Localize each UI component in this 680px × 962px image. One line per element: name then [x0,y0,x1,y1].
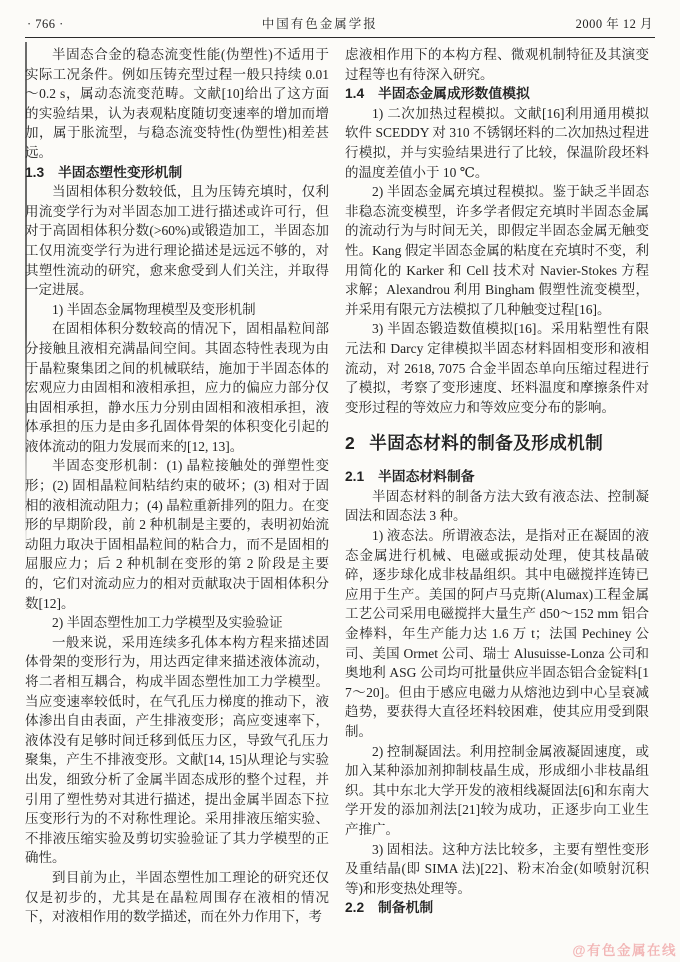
journal-page: · 766 · 中国有色金属学报 2000 年 12 月 半固态合金的稳态流变性… [0,0,680,962]
section-title: 半固态材料的制备及形成机制 [369,433,603,453]
paragraph: 半固态合金的稳态流变性能(伪塑性)不适用于实际工况条件。例如压铸充型过程一般只持… [25,45,329,163]
page-number: · 766 · [27,17,64,32]
section-heading-2: 2半固态材料的制备及形成机制 [345,432,649,454]
issue-date: 2000 年 12 月 [576,14,653,32]
journal-title: 中国有色金属学报 [262,14,378,32]
section-heading-2-1: 2.1 半固态材料制备 [345,467,649,487]
paragraph: 一般来说，采用连续多孔体本构方程来描述固体骨架的变形行为，用达西定律来描述液体流… [25,633,329,868]
paragraph: 2) 控制凝固法。利用控制金属液凝固速度，或加入某种添加剂抑制枝晶生成，形成细小… [345,742,649,840]
list-item-heading: 1) 半固态金属物理模型及变形机制 [25,300,329,320]
paragraph: 1) 二次加热过程模拟。文献[16]利用通用模拟软件 SCEDDY 对 310 … [345,104,649,182]
paragraph: 当固相体积分数较低，且为压铸充填时，仅利用流变学行为对半固态加工进行描述或许可行… [25,182,329,300]
paragraph: 在固相体积分数较高的情况下，固相晶粒间部分接触且液相充满晶间空间。其固态特性表现… [25,319,329,456]
left-column: 半固态合金的稳态流变性能(伪塑性)不适用于实际工况条件。例如压铸充型过程一般只持… [25,45,329,927]
list-item-heading: 2) 半固态塑性加工力学模型及实验验证 [25,613,329,633]
paragraph-continued: 虑液相作用下的本构方程、微观机制特征及其演变过程等也有待深入研究。 [345,45,649,84]
scan-artifact-line [25,42,27,562]
paragraph: 2) 半固态金属充填过程模拟。鉴于缺乏半固态非稳态流变模型，许多学者假定充填时半… [345,182,649,319]
site-watermark: @有色金属在线 [572,939,677,959]
section-heading-2-2: 2.2 制备机制 [345,898,649,918]
paragraph: 半固态材料的制备方法大致有液态法、控制凝固法和固态法 3 种。 [345,487,649,526]
paragraph: 3) 半固态锻造数值模拟[16]。采用粘塑性有限元法和 Darcy 定律模拟半固… [345,319,649,417]
section-number: 2 [345,433,355,453]
paragraph: 3) 固相法。这种方法比较多，主要有塑性变形及重结晶(即 SIMA 法)[22]… [345,840,649,899]
section-heading-1-3: 1.3 半固态塑性变形机制 [25,163,329,183]
paragraph: 1) 液态法。所谓液态法，是指对正在凝固的液态金属进行机械、电磁或振动处理，使其… [345,526,649,742]
page-header: · 766 · 中国有色金属学报 2000 年 12 月 [25,0,655,38]
section-heading-1-4: 1.4 半固态金属成形数值模拟 [345,84,649,104]
paragraph: 半固态变形机制：(1) 晶粒接触处的弹塑性变形；(2) 固相晶粒间粘结约束的破坏… [25,456,329,613]
paragraph: 到目前为止，半固态塑性加工理论的研究还仅仅是初步的，尤其是在晶粒周围存在液相的情… [25,868,329,927]
article-body: 半固态合金的稳态流变性能(伪塑性)不适用于实际工况条件。例如压铸充型过程一般只持… [25,45,655,927]
right-column: 虑液相作用下的本构方程、微观机制特征及其演变过程等也有待深入研究。 1.4 半固… [345,45,649,927]
